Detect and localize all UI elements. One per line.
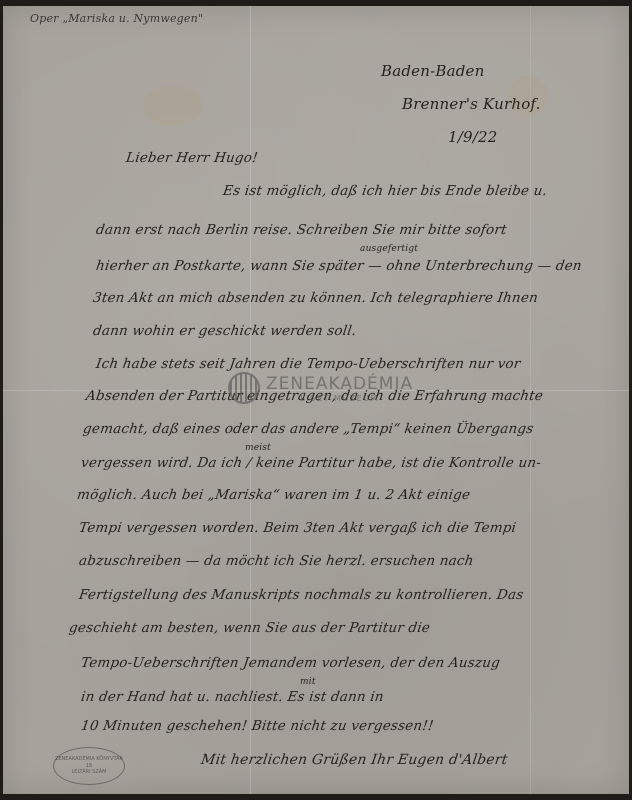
letter-line: hierher an Postkarte, wann Sie später — …: [95, 258, 583, 274]
place-line-1: Baden-Baden: [381, 62, 484, 80]
letter-date: 1/9/22: [448, 128, 497, 146]
interlinear-insertion: ausgefertigt: [360, 244, 418, 254]
letter-line: gemacht, daß eines oder das andere „Temp…: [82, 421, 535, 437]
letter-line: Absenden der Partitur eingetragen, da ic…: [85, 388, 544, 404]
letter-line: abzuschreiben — da möcht ich Sie herzl. …: [78, 553, 475, 569]
salutation: Lieber Herr Hugo!: [125, 150, 259, 166]
letter-line: dann wohin er geschickt werden soll.: [92, 323, 357, 339]
stamp-line-3: LELTÁRI SZÁM: [72, 769, 107, 776]
letter-line: 10 Minuten geschehen! Bitte nicht zu ver…: [80, 718, 435, 734]
paper-stain: [143, 86, 203, 126]
letter-line: möglich. Auch bei „Mariska“ waren im 1 u…: [76, 487, 471, 503]
library-stamp: ZENEAKADÉMIA KÖNYVTÁR 18 LELTÁRI SZÁM: [53, 747, 125, 785]
letter-line: Tempi vergessen worden. Beim 3ten Akt ve…: [78, 520, 517, 536]
letter-line: 3ten Akt an mich absenden zu können. Ich…: [92, 290, 539, 306]
letter-line: Ich habe stets seit Jahren die Tempo-Ueb…: [95, 356, 522, 372]
letter-line: Tempo-Ueberschriften Jemandem vorlesen, …: [80, 655, 501, 671]
letter-line: Fertigstellung des Manuskripts nochmals …: [78, 587, 525, 603]
archive-note: Oper „Mariska u. Nymwegen": [30, 12, 203, 25]
letter-line: vergessen wird. Da ich / keine Partitur …: [80, 455, 542, 471]
interlinear-insertion: mit: [300, 677, 316, 687]
letter-line: in der Hand hat u. nachliest. Es ist dan…: [80, 689, 385, 705]
interlinear-insertion: meist: [245, 443, 271, 453]
scan-background: Oper „Mariska u. Nymwegen" Baden-Baden B…: [0, 0, 632, 800]
place-line-2: Brenner's Kurhof.: [402, 95, 541, 113]
letter-line: dann erst nach Berlin reise. Schreiben S…: [95, 222, 508, 238]
letter-closing: Mit herzlichen Grüßen Ihr Eugen d'Albert: [200, 752, 509, 768]
letter-line: geschieht am besten, wenn Sie aus der Pa…: [68, 620, 431, 636]
letter-line: Es ist möglich, daß ich hier bis Ende bl…: [222, 183, 548, 199]
